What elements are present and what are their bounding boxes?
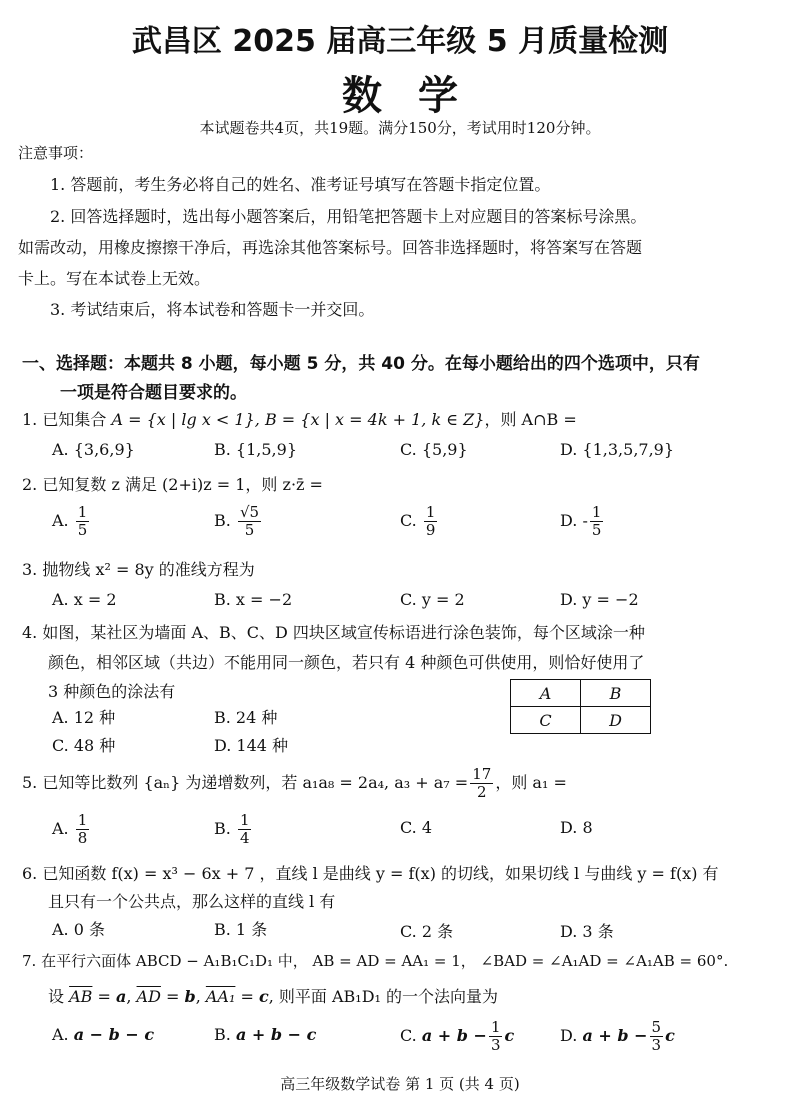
subject-title: 数学	[0, 64, 800, 121]
region-c: C	[511, 707, 581, 734]
section-heading: 一、选择题：本题共 8 小题，每小题 5 分，共 40 分。在每小题给出的四个选…	[22, 349, 700, 374]
note-2-cont2: 卡上。写在本试卷上无效。	[18, 266, 210, 289]
q4-option-d: D. 144 种	[214, 733, 288, 756]
question-3: 3. 抛物线 x² = 8y 的准线方程为	[22, 557, 255, 580]
q3-option-c: C. y = 2	[400, 590, 465, 609]
question-4-line3: 3 种颜色的涂法有	[48, 679, 175, 702]
q4-option-c: C. 48 种	[52, 733, 115, 756]
q2-option-c: C. 19	[400, 504, 439, 539]
q1-option-d: D. {1,3,5,7,9}	[560, 440, 674, 459]
question-number: 1.	[22, 410, 37, 429]
q7-option-d: D. a + b −53c	[560, 1019, 675, 1054]
q4-option-a: A. 12 种	[52, 705, 115, 728]
q5-option-c: C. 4	[400, 818, 432, 837]
question-4: 4. 如图，某社区为墙面 A、B、C、D 四块区域宣传标语进行涂色装饰，每个区域…	[22, 620, 645, 643]
q5-option-d: D. 8	[560, 818, 593, 837]
region-a: A	[511, 680, 581, 707]
region-diagram: A B C D	[510, 679, 651, 734]
q5-option-a: A. 18	[52, 812, 91, 847]
q7-option-a: A. a − b − c	[52, 1025, 154, 1044]
q7-option-c: C. a + b −13c	[400, 1019, 514, 1054]
q6-option-c: C. 2 条	[400, 919, 453, 942]
question-6: 6. 已知函数 f(x) = x³ − 6x + 7 ，直线 l 是曲线 y =…	[22, 861, 719, 884]
q6-option-d: D. 3 条	[560, 919, 614, 942]
question-6-line2: 且只有一个公共点，那么这样的直线 l 有	[48, 889, 335, 912]
question-5: 5. 已知等比数列 {aₙ} 为递增数列，若 a₁a₈ = 2a₄, a₃ + …	[22, 766, 567, 801]
question-2: 2. 已知复数 z 满足 (2+i)z = 1，则 z·z̄ =	[22, 472, 323, 495]
q6-option-a: A. 0 条	[52, 917, 105, 940]
q6-option-b: B. 1 条	[214, 917, 267, 940]
q3-option-a: A. x = 2	[52, 590, 117, 609]
question-7-line2: 设 AB = a, AD = b, AA₁ = c, 则平面 AB₁D₁ 的一个…	[48, 984, 498, 1007]
note-2: 2. 回答选择题时，选出每小题答案后，用铅笔把答题卡上对应题目的答案标号涂黑。	[50, 204, 646, 227]
q2-option-a: A. 15	[52, 504, 91, 539]
question-1: 1. 已知集合 A = {x | lg x < 1}, B = {x | x =…	[22, 407, 577, 430]
note-1: 1. 答题前，考生务必将自己的姓名、准考证号填写在答题卡指定位置。	[50, 172, 550, 195]
q3-option-b: B. x = −2	[214, 590, 292, 609]
exam-title: 武昌区 2025 届高三年级 5 月质量检测	[0, 16, 800, 60]
notes-heading: 注意事项：	[18, 142, 93, 163]
q1-option-b: B. {1,5,9}	[214, 440, 297, 459]
region-b: B	[581, 680, 651, 707]
q2-option-b: B. √55	[214, 504, 263, 539]
q1-option-a: A. {3,6,9}	[52, 440, 135, 459]
q5-option-b: B. 14	[214, 812, 253, 847]
page-footer: 高三年级数学试卷 第 1 页 (共 4 页)	[0, 1073, 800, 1094]
section-heading-cont: 一项是符合题目要求的。	[60, 378, 247, 403]
q3-option-d: D. y = −2	[560, 590, 639, 609]
exam-info: 本试题卷共4页，共19题。满分150分，考试用时120分钟。	[0, 117, 800, 138]
note-2-cont: 如需改动，用橡皮擦擦干净后，再选涂其他答案标号。回答非选择题时，将答案写在答题	[18, 235, 642, 258]
q1-option-c: C. {5,9}	[400, 440, 468, 459]
region-d: D	[581, 707, 651, 734]
q7-option-b: B. a + b − c	[214, 1025, 316, 1044]
q4-option-b: B. 24 种	[214, 705, 277, 728]
question-4-line2: 颜色，相邻区域（共边）不能用同一颜色，若只有 4 种颜色可供使用，则恰好使用了	[48, 650, 644, 673]
question-7: 7. 在平行六面体 ABCD − A₁B₁C₁D₁ 中， AB = AD = A…	[22, 950, 728, 971]
note-3: 3. 考试结束后，将本试卷和答题卡一并交回。	[50, 297, 374, 320]
q2-option-d: D. -15	[560, 504, 605, 539]
